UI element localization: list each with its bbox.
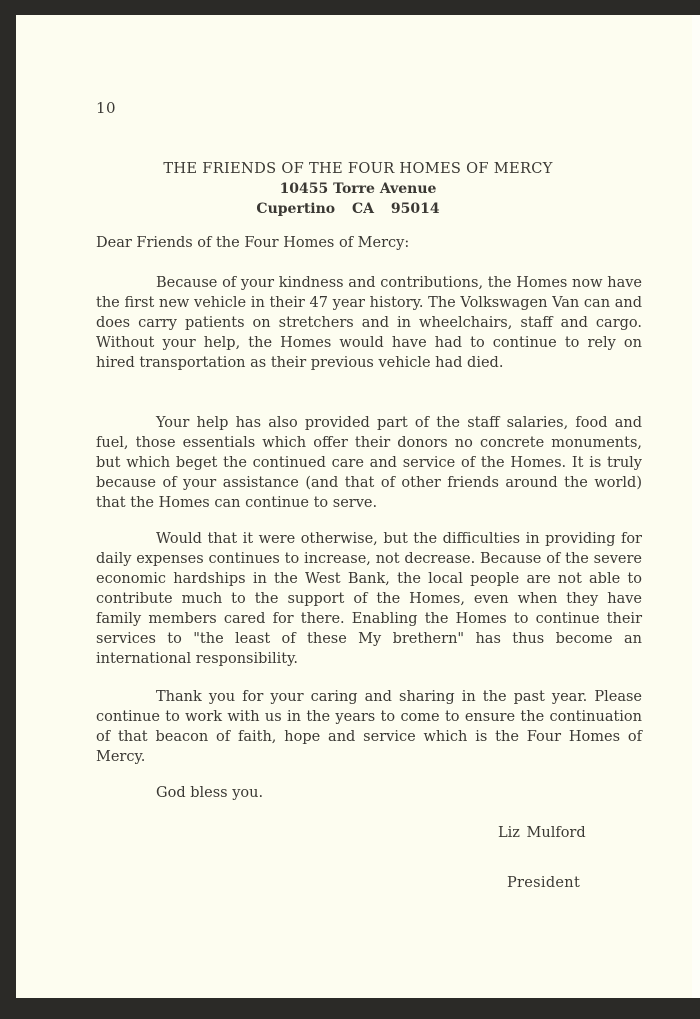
signer-name: Liz Mulford	[498, 825, 586, 841]
paragraph-vehicle: Because of your kindness and contributio…	[96, 273, 642, 373]
signer-title: President	[507, 875, 580, 891]
paragraph-difficulties: Would that it were otherwise, but the di…	[96, 529, 642, 669]
street-address: 10455 Torre Avenue	[16, 179, 700, 199]
page-number: 10	[96, 99, 116, 117]
organization-name: THE FRIENDS OF THE FOUR HOMES OF MERCY	[16, 159, 700, 179]
city-state-zip: Cupertino CA 95014	[6, 199, 690, 219]
document-page: 10 THE FRIENDS OF THE FOUR HOMES OF MERC…	[16, 15, 700, 998]
paragraph-salaries: Your help has also provided part of the …	[96, 413, 642, 513]
paragraph-thanks: Thank you for your caring and sharing in…	[96, 687, 642, 767]
closing: God bless you.	[156, 785, 263, 801]
salutation: Dear Friends of the Four Homes of Mercy:	[96, 233, 642, 253]
